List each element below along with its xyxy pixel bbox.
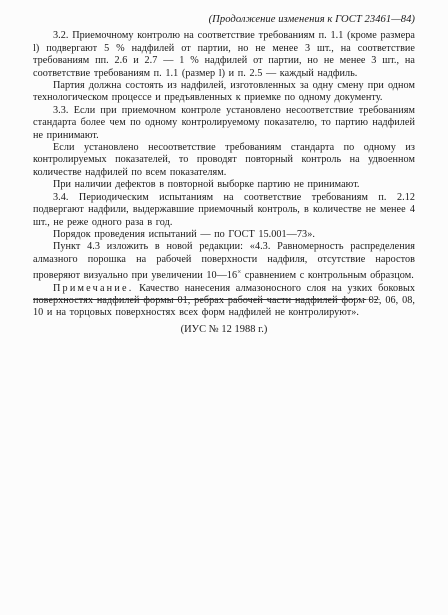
- paragraph-4-3: Пункт 4.3 изложить в новой редакции: «4.…: [33, 241, 415, 282]
- paragraph-3-4: 3.4. Периодическим испытаниям на соответ…: [33, 192, 415, 229]
- paragraph-batch: Партия должна состоять из надфилей, изго…: [33, 80, 415, 105]
- paragraph-3-2: 3.2. Приемочному контролю на соответстви…: [33, 30, 415, 80]
- horizontal-divider-tail: [355, 299, 380, 301]
- paragraph-repeat-control: Если установлено несоответствие требован…: [33, 142, 415, 179]
- note-paragraph: Примечание. Качество нанесения алмазонос…: [33, 283, 415, 320]
- continuation-header: (Продолжение изменения к ГОСТ 23461—84): [33, 14, 415, 26]
- paragraph-3-3: 3.3. Если при приемочном контроле устано…: [33, 105, 415, 142]
- note-label: Примечание.: [53, 283, 133, 294]
- paragraph-defects: При наличии дефектов в повторной выборке…: [33, 179, 415, 191]
- paragraph-test-order: Порядок проведения испытаний — по ГОСТ 1…: [33, 229, 415, 241]
- document-page: (Продолжение изменения к ГОСТ 23461—84) …: [33, 6, 415, 336]
- ius-reference: (ИУС № 12 1988 г.): [33, 324, 415, 336]
- horizontal-divider: [33, 299, 379, 300]
- paragraph-4-3-tail: сравнением с контрольным образцом.: [241, 270, 414, 281]
